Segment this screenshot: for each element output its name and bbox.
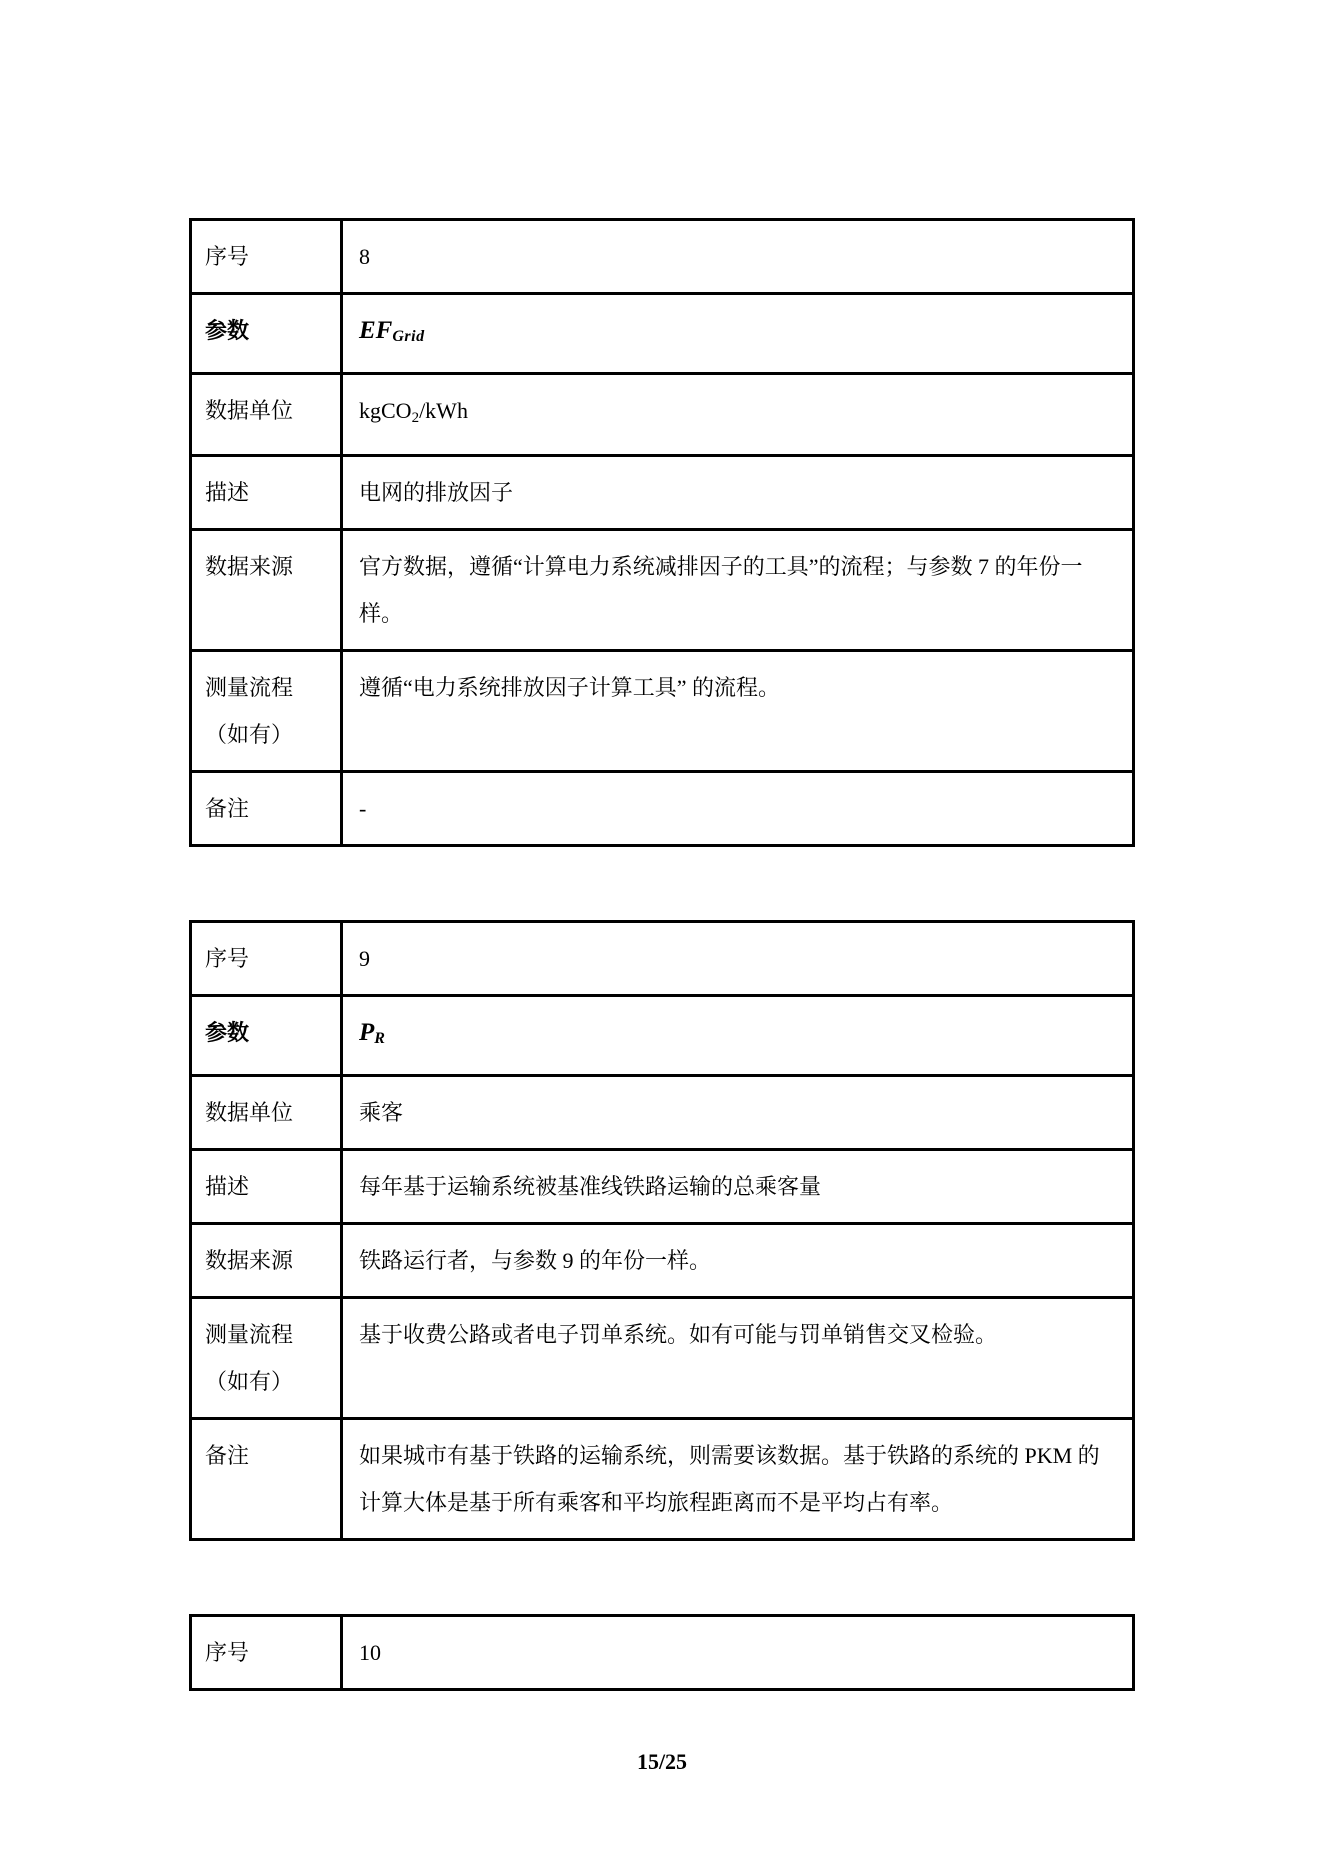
- unit-text-tail: /kWh: [419, 398, 468, 423]
- row-label: 参数: [192, 997, 343, 1074]
- label-text: 参数: [205, 1020, 249, 1045]
- row-label: 序号: [192, 1617, 343, 1688]
- row-label: 备注: [192, 773, 343, 844]
- row-data-unit: 数据单位 乘客: [192, 1074, 1132, 1148]
- unit-subscript: 2: [412, 410, 420, 426]
- row-description: 描述 每年基于运输系统被基准线铁路运输的总乘客量: [192, 1148, 1132, 1222]
- parameter-symbol-subscript: R: [374, 1030, 385, 1047]
- row-label: 描述: [192, 1151, 343, 1222]
- value-text: 如果城市有基于铁路的运输系统，则需要该数据。基于铁路的系统的 PKM 的计算大体…: [359, 1443, 1100, 1515]
- row-remarks: 备注 -: [192, 770, 1132, 844]
- label-text: 数据来源: [205, 1248, 293, 1273]
- parameter-symbol-subscript: Grid: [392, 328, 424, 345]
- label-text: 数据单位: [205, 398, 293, 423]
- row-serial-number: 序号 10: [192, 1617, 1132, 1688]
- value-text: 10: [359, 1640, 381, 1665]
- parameter-table-9: 序号 9 参数 PR 数据单位 乘客 描述 每年基于运输系统被基准线铁路运输的总…: [189, 920, 1135, 1541]
- row-value: EFGrid: [343, 295, 1132, 372]
- row-parameter: 参数 PR: [192, 994, 1132, 1074]
- row-measurement-procedure: 测量流程 （如有） 基于收费公路或者电子罚单系统。如有可能与罚单销售交叉检验。: [192, 1296, 1132, 1417]
- row-label: 序号: [192, 923, 343, 994]
- value-text: 电网的排放因子: [359, 480, 513, 505]
- value-text: -: [359, 796, 366, 821]
- label-text: 序号: [205, 244, 249, 269]
- row-data-source: 数据来源 官方数据，遵循“计算电力系统减排因子的工具”的流程；与参数 7 的年份…: [192, 528, 1132, 649]
- value-text: 官方数据，遵循“计算电力系统减排因子的工具”的流程；与参数 7 的年份一样。: [359, 554, 1083, 626]
- value-text: 基于收费公路或者电子罚单系统。如有可能与罚单销售交叉检验。: [359, 1322, 997, 1347]
- row-description: 描述 电网的排放因子: [192, 454, 1132, 528]
- row-value: 官方数据，遵循“计算电力系统减排因子的工具”的流程；与参数 7 的年份一样。: [343, 531, 1132, 649]
- label-line-2: （如有）: [205, 1358, 332, 1405]
- row-value: 10: [343, 1617, 1132, 1688]
- row-value: 遵循“电力系统排放因子计算工具” 的流程。: [343, 652, 1132, 770]
- row-value: PR: [343, 997, 1132, 1074]
- value-text: 8: [359, 244, 370, 269]
- row-parameter: 参数 EFGrid: [192, 292, 1132, 372]
- row-remarks: 备注 如果城市有基于铁路的运输系统，则需要该数据。基于铁路的系统的 PKM 的计…: [192, 1417, 1132, 1538]
- row-data-unit: 数据单位 kgCO2/kWh: [192, 372, 1132, 454]
- label-text: 描述: [205, 1174, 249, 1199]
- label-text: 参数: [205, 318, 249, 343]
- label-text: 备注: [205, 1443, 249, 1468]
- page-number: 15/25: [189, 1747, 1135, 1777]
- label-text: 备注: [205, 796, 249, 821]
- value-text: 铁路运行者，与参数 9 的年份一样。: [359, 1248, 711, 1273]
- row-value: 基于收费公路或者电子罚单系统。如有可能与罚单销售交叉检验。: [343, 1299, 1132, 1417]
- value-text: 9: [359, 946, 370, 971]
- document-page: 序号 8 参数 EFGrid 数据单位 kgCO2/kWh 描述 电网的排放因子…: [0, 0, 1323, 1871]
- parameter-symbol: EF: [359, 317, 392, 344]
- label-text: 数据来源: [205, 554, 293, 579]
- label-text: 描述: [205, 480, 249, 505]
- unit-text: kgCO: [359, 398, 412, 423]
- label-text: 序号: [205, 946, 249, 971]
- label-line-2: （如有）: [205, 711, 332, 758]
- row-value: 乘客: [343, 1077, 1132, 1148]
- row-measurement-procedure: 测量流程 （如有） 遵循“电力系统排放因子计算工具” 的流程。: [192, 649, 1132, 770]
- row-label: 序号: [192, 221, 343, 292]
- row-label: 数据来源: [192, 1225, 343, 1296]
- label-line-1: 测量流程: [205, 664, 332, 711]
- value-text: 乘客: [359, 1100, 403, 1125]
- value-text: 遵循“电力系统排放因子计算工具” 的流程。: [359, 675, 780, 700]
- row-label: 数据来源: [192, 531, 343, 649]
- row-value: 8: [343, 221, 1132, 292]
- value-text: 每年基于运输系统被基准线铁路运输的总乘客量: [359, 1174, 821, 1199]
- row-label: 数据单位: [192, 375, 343, 454]
- row-value: 如果城市有基于铁路的运输系统，则需要该数据。基于铁路的系统的 PKM 的计算大体…: [343, 1420, 1132, 1538]
- row-serial-number: 序号 9: [192, 923, 1132, 994]
- label-text: 数据单位: [205, 1100, 293, 1125]
- row-label: 描述: [192, 457, 343, 528]
- row-value: 电网的排放因子: [343, 457, 1132, 528]
- parameter-table-10: 序号 10: [189, 1614, 1135, 1691]
- row-label: 备注: [192, 1420, 343, 1538]
- row-data-source: 数据来源 铁路运行者，与参数 9 的年份一样。: [192, 1222, 1132, 1296]
- parameter-symbol: P: [359, 1019, 374, 1046]
- label-line-1: 测量流程: [205, 1311, 332, 1358]
- row-label: 数据单位: [192, 1077, 343, 1148]
- label-text: 序号: [205, 1640, 249, 1665]
- row-label: 参数: [192, 295, 343, 372]
- row-value: -: [343, 773, 1132, 844]
- row-value: 铁路运行者，与参数 9 的年份一样。: [343, 1225, 1132, 1296]
- row-value: 9: [343, 923, 1132, 994]
- row-value: kgCO2/kWh: [343, 375, 1132, 454]
- row-value: 每年基于运输系统被基准线铁路运输的总乘客量: [343, 1151, 1132, 1222]
- parameter-table-8: 序号 8 参数 EFGrid 数据单位 kgCO2/kWh 描述 电网的排放因子…: [189, 218, 1135, 847]
- row-label: 测量流程 （如有）: [192, 1299, 343, 1417]
- row-serial-number: 序号 8: [192, 221, 1132, 292]
- row-label: 测量流程 （如有）: [192, 652, 343, 770]
